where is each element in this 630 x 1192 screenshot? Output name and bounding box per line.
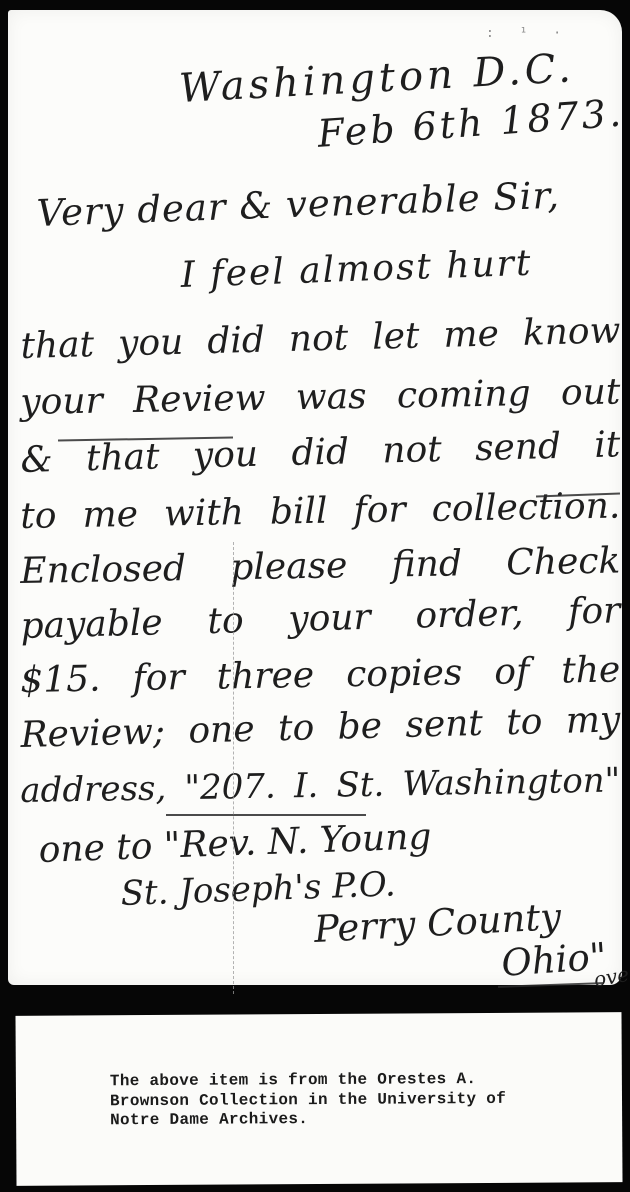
handwritten-line: to me with bill for collection. (20, 486, 621, 537)
scan-background: { "page": { "background_color": "#060606… (0, 0, 630, 1192)
caption-line: Notre Dame Archives. (110, 1108, 622, 1131)
salutation-line: Very dear & venerable Sir, (36, 174, 561, 235)
handwritten-line: I feel almost hurt (180, 243, 533, 296)
archive-caption: The above item is from the Orestes A. Br… (110, 1069, 622, 1131)
handwritten-line: that you did not let me know (20, 310, 621, 367)
handwritten-line: $15. for three copies of the (20, 650, 621, 701)
address-line: address, "207. I. St. Washington" (20, 761, 621, 811)
handwritten-line: Review; one to be sent to my (20, 699, 621, 756)
caption-card: The above item is from the Orestes A. Br… (15, 1012, 622, 1186)
pencil-marks: : ¹ · (486, 26, 570, 41)
handwritten-line: payable to your order, for (20, 590, 621, 647)
handwritten-line: your Review was coming out (20, 372, 621, 423)
state-line: Ohio" (500, 935, 608, 985)
letter-page: : ¹ · Washington D.C. Feb 6th 1873. Very… (8, 10, 622, 985)
recipient-line: one to "Rev. N. Young (38, 816, 432, 871)
fold-crease (233, 542, 234, 994)
handwritten-line: Enclosed please find Check (20, 541, 621, 592)
handwritten-line: & that you did not send it (20, 424, 621, 481)
address-underline (166, 814, 366, 816)
